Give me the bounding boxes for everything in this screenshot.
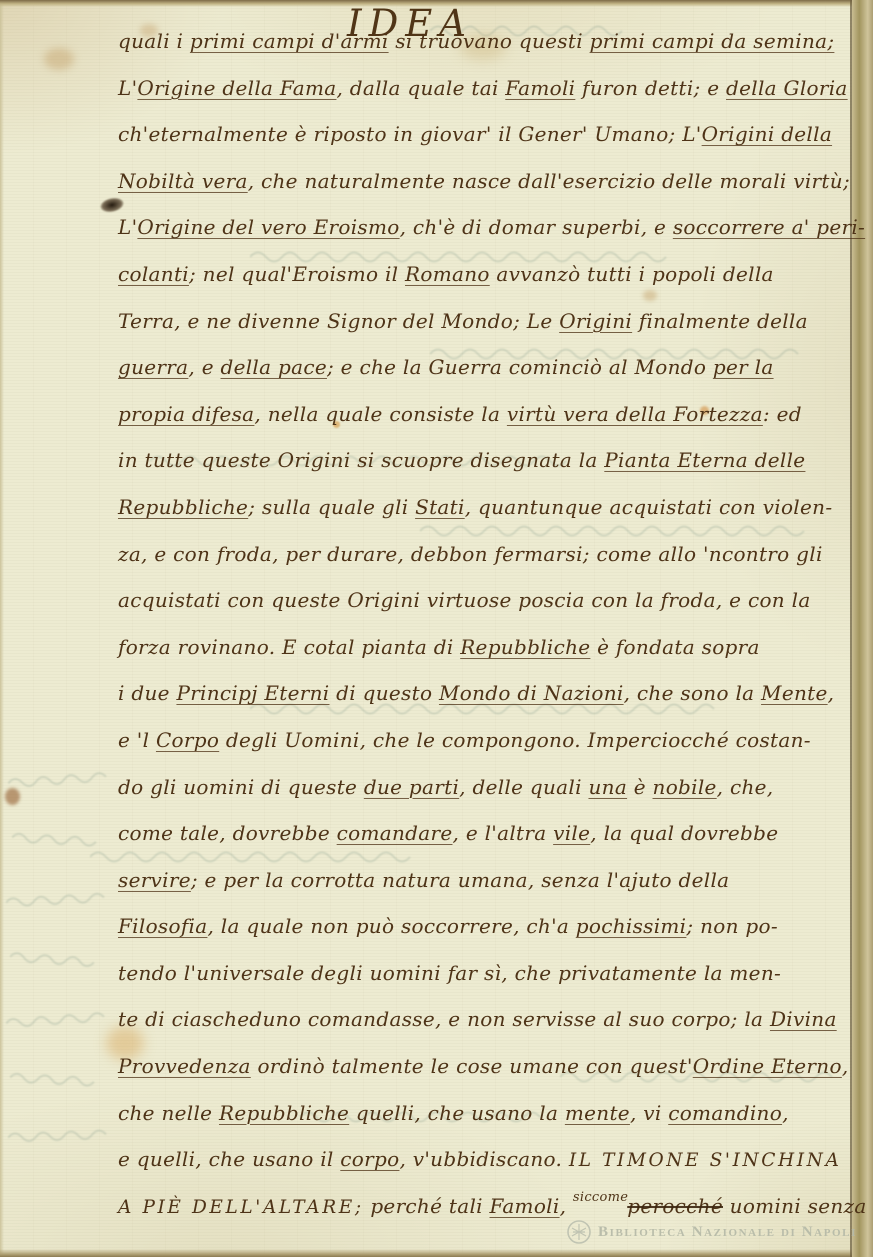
page-bottom-edge xyxy=(0,1249,873,1257)
text-segment: Nobiltà vera xyxy=(118,169,248,193)
text-segment: Terra, e ne divenne Signor del Mondo; Le xyxy=(118,309,559,333)
text-segment: avvanzò tutti i popoli della xyxy=(490,262,774,286)
text-segment: della Gloria xyxy=(726,76,848,100)
text-segment: mente xyxy=(565,1101,630,1125)
manuscript-line: ch'eternalmente è riposto in giovar' il … xyxy=(118,111,837,158)
text-segment: finalmente della xyxy=(632,309,808,333)
manuscript-line: acquistati con queste Origini virtuose p… xyxy=(118,577,837,624)
text-segment: A PIÈ DELL'ALTARE; xyxy=(118,1197,364,1218)
text-segment: L' xyxy=(118,215,137,239)
text-segment: Provvedenza xyxy=(118,1054,251,1078)
text-segment: do gli uomini di queste xyxy=(118,775,364,799)
manuscript-line: servire; e per la corrotta natura umana,… xyxy=(118,857,837,904)
manuscript-line: te di ciascheduno comandasse, e non serv… xyxy=(118,996,837,1043)
text-segment: Ordine Eterno xyxy=(693,1054,842,1078)
text-segment: Repubbliche xyxy=(118,495,248,519)
manuscript-line: che nelle Repubbliche quelli, che usano … xyxy=(118,1090,837,1137)
text-segment: , che naturalmente nasce dall'esercizio … xyxy=(248,169,850,193)
text-segment: virtù vera della Fortezza xyxy=(507,402,763,426)
text-segment: ch'eternalmente è riposto in giovar' il … xyxy=(118,122,702,146)
library-seal-icon xyxy=(566,1219,592,1245)
text-segment: Origini xyxy=(559,309,632,333)
text-segment: della pace xyxy=(220,355,326,379)
text-segment: ; nel qual'Eroismo il xyxy=(189,262,405,286)
stain xyxy=(5,788,20,805)
manuscript-line: L'Origine della Fama, dalla quale tai Fa… xyxy=(118,65,837,112)
text-segment: due parti xyxy=(364,775,459,799)
text-segment: servire xyxy=(118,868,191,892)
manuscript-line: do gli uomini di queste due parti, delle… xyxy=(118,764,837,811)
text-segment: ; sulla quale gli xyxy=(248,495,415,519)
text-segment: quali i xyxy=(118,29,190,53)
manuscript-line: guerra, e della pace; e che la Guerra co… xyxy=(118,344,837,391)
text-segment: , xyxy=(782,1101,789,1125)
text-segment: uomini senza dei, xyxy=(723,1194,873,1218)
manuscript-line: in tutte queste Origini si scuopre diseg… xyxy=(118,437,837,484)
text-segment: Principj Eterni xyxy=(176,681,329,705)
struck-word: perocché xyxy=(627,1194,723,1218)
text-segment: , v'ubbidiscano. xyxy=(399,1147,568,1171)
bleedthrough-scribble xyxy=(8,1126,108,1143)
text-segment: : ed xyxy=(763,402,802,426)
manuscript-line: e quelli, che usano il corpo, v'ubbidisc… xyxy=(118,1136,837,1183)
text-segment: Repubbliche xyxy=(219,1101,349,1125)
text-segment: Repubbliche xyxy=(460,635,590,659)
text-segment: colanti xyxy=(118,262,189,286)
text-segment: acquistati con queste Origini virtuose p… xyxy=(118,588,811,612)
text-segment: ; e che la Guerra cominciò al Mondo xyxy=(327,355,713,379)
text-segment: , la qual dovrebbe xyxy=(590,821,778,845)
bleedthrough-scribble xyxy=(6,1009,107,1030)
text-segment: di questo xyxy=(330,681,439,705)
bleedthrough-scribble xyxy=(10,949,106,970)
text-segment: , nella quale consiste la xyxy=(254,402,506,426)
text-segment: Romano xyxy=(405,262,490,286)
text-segment: propia difesa xyxy=(118,402,254,426)
text-segment: , e xyxy=(188,355,220,379)
text-segment: Famoli xyxy=(490,1194,560,1218)
text-segment: Filosofia xyxy=(118,914,207,938)
text-segment: pochissimi xyxy=(576,914,687,938)
text-segment: Famoli xyxy=(505,76,575,100)
manuscript-line: Provvedenza ordinò talmente le cose uman… xyxy=(118,1043,837,1090)
manuscript-line: propia difesa, nella quale consiste la v… xyxy=(118,391,837,438)
text-segment: te di ciascheduno comandasse, e non serv… xyxy=(118,1007,770,1031)
text-segment: IL TIMONE S'INCHINA xyxy=(569,1150,842,1171)
text-segment: soccorrere a' peri- xyxy=(673,215,865,239)
text-segment: per la xyxy=(713,355,774,379)
text-segment: forza rovinano. E cotal pianta di xyxy=(118,635,460,659)
text-segment: , xyxy=(842,1054,849,1078)
text-segment: è xyxy=(627,775,652,799)
text-segment: , quantunque acquistati con violen- xyxy=(465,495,833,519)
text-segment: i due xyxy=(118,681,176,705)
text-segment: e 'l xyxy=(118,728,156,752)
text-segment: nobile xyxy=(653,775,717,799)
text-segment: , ch'è di domar superbi, e xyxy=(400,215,673,239)
text-segment: è fondata sopra xyxy=(590,635,759,659)
text-segment: , che, xyxy=(717,775,774,799)
bleedthrough-scribble xyxy=(6,889,107,908)
text-segment: vile xyxy=(553,821,590,845)
manuscript-line: Repubbliche; sulla quale gli Stati, quan… xyxy=(118,484,837,531)
text-segment: Divina xyxy=(770,1007,837,1031)
manuscript-line: tendo l'universale degli uomini far sì, … xyxy=(118,950,837,997)
text-segment: Stati xyxy=(415,495,465,519)
text-segment: , vi xyxy=(630,1101,668,1125)
text-segment: in tutte queste Origini si scuopre diseg… xyxy=(118,448,604,472)
text-segment: , dalla quale tai xyxy=(336,76,505,100)
text-segment: , che sono la xyxy=(624,681,761,705)
text-segment: , xyxy=(828,681,835,705)
manuscript-line: come tale, dovrebbe comandare, e l'altra… xyxy=(118,810,837,857)
manuscript-line: L'Origine del vero Eroismo, ch'è di doma… xyxy=(118,204,837,251)
text-segment: e quelli, che usano il xyxy=(118,1147,340,1171)
text-segment: Origine della Fama xyxy=(137,76,336,100)
manuscript-line: forza rovinano. E cotal pianta di Repubb… xyxy=(118,624,837,671)
text-segment: comandino xyxy=(668,1101,782,1125)
bleedthrough-scribble xyxy=(12,830,108,849)
text-segment: ; non po- xyxy=(686,914,778,938)
bleedthrough-scribble xyxy=(8,769,109,790)
text-segment: corpo xyxy=(340,1147,399,1171)
manuscript-line: Filosofia, la quale non può soccorrere, … xyxy=(118,903,837,950)
text-segment: , e l'altra xyxy=(453,821,554,845)
manuscript-line: za, e con froda, per durare, debbon ferm… xyxy=(118,531,837,578)
text-segment: za, e con froda, per durare, debbon ferm… xyxy=(118,542,823,566)
text-segment: , xyxy=(560,1194,573,1218)
manuscript-line: colanti; nel qual'Eroismo il Romano avva… xyxy=(118,251,837,298)
text-segment: Origine del vero Eroismo xyxy=(137,215,399,239)
manuscript-line: Nobiltà vera, che naturalmente nasce dal… xyxy=(118,158,837,205)
text-block: quali i primi campi d'armi si truovano q… xyxy=(118,18,837,1229)
text-segment: Corpo xyxy=(156,728,219,752)
text-segment: Origini della xyxy=(702,122,832,146)
text-segment: come tale, dovrebbe xyxy=(118,821,337,845)
text-segment: Mondo di Nazioni xyxy=(439,681,624,705)
text-segment: una xyxy=(588,775,627,799)
bleedthrough-scribble xyxy=(10,1070,106,1089)
adjacent-page-edge xyxy=(852,0,873,1257)
stain xyxy=(44,48,74,70)
page-left-edge xyxy=(0,0,4,1257)
text-segment: , delle quali xyxy=(459,775,588,799)
text-segment: Mente xyxy=(761,681,828,705)
manuscript-line: e 'l Corpo degli Uomini, che le compongo… xyxy=(118,717,837,764)
text-segment: , la quale non può soccorrere, ch'a xyxy=(207,914,575,938)
text-segment: degli Uomini, che le compongono. Imperci… xyxy=(219,728,811,752)
text-segment: ordinò talmente le cose umane con quest' xyxy=(251,1054,693,1078)
manuscript-line: i due Principj Eterni di questo Mondo di… xyxy=(118,670,837,717)
library-watermark: Biblioteca Nazionale di Napoli xyxy=(566,1219,857,1245)
text-segment: che nelle xyxy=(118,1101,219,1125)
text-segment: furon detti; e xyxy=(575,76,726,100)
text-segment: perché tali xyxy=(364,1194,490,1218)
text-segment: primi campi da semina; xyxy=(590,29,835,53)
manuscript-page: IDEA quali i primi campi d'armi si truov… xyxy=(0,0,873,1257)
text-segment: si truovano questi xyxy=(389,29,590,53)
text-segment: tendo l'universale degli uomini far sì, … xyxy=(118,961,781,985)
text-segment: guerra xyxy=(118,355,188,379)
watermark-text: Biblioteca Nazionale di Napoli xyxy=(598,1224,857,1241)
text-segment: L' xyxy=(118,76,137,100)
text-segment: ; e per la corrotta natura umana, senza … xyxy=(191,868,730,892)
text-segment: Pianta Eterna delle xyxy=(604,448,805,472)
manuscript-line: quali i primi campi d'armi si truovano q… xyxy=(118,18,837,65)
text-segment: comandare xyxy=(337,821,453,845)
inserted-word: siccome xyxy=(573,1190,628,1205)
text-segment: quelli, che usano la xyxy=(349,1101,565,1125)
text-segment: primi campi d'armi xyxy=(190,29,389,53)
manuscript-line: Terra, e ne divenne Signor del Mondo; Le… xyxy=(118,298,837,345)
